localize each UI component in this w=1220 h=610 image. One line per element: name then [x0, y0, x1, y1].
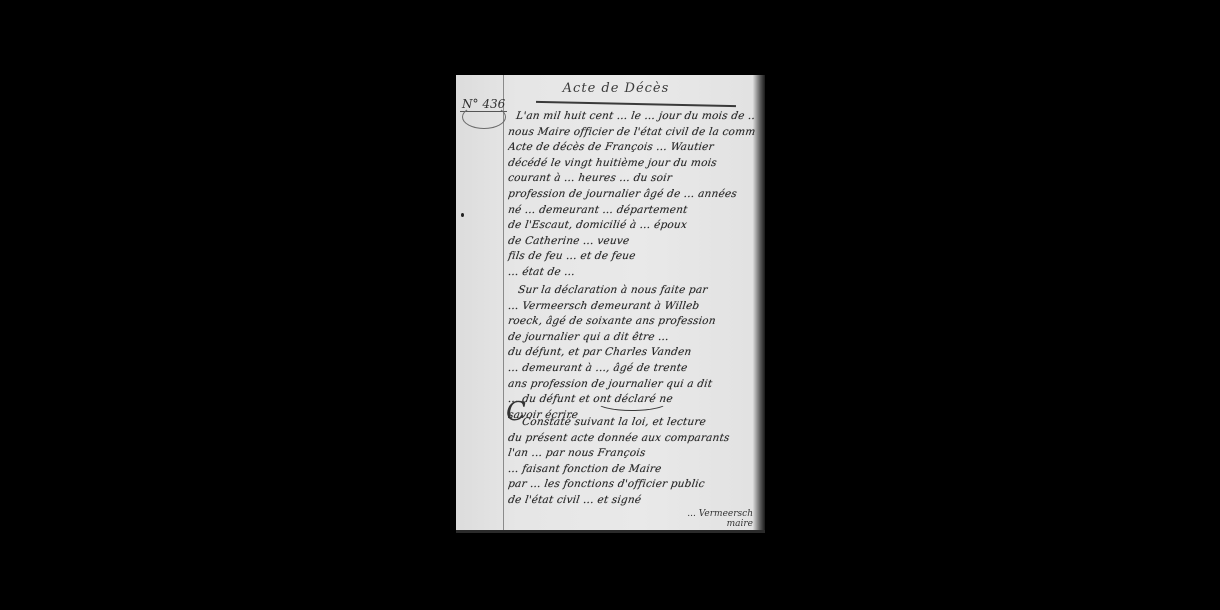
text-line: courant à ... heures ... du soir	[507, 171, 756, 187]
text-line: né ... demeurant ... département	[507, 203, 756, 219]
paragraph-death-record: L'an mil huit cent ... le ... jour du mo…	[508, 109, 755, 281]
text-line: de l'Escaut, domicilié à ... époux	[507, 218, 756, 234]
document-page: Acte de Décès N° 436 L'an mil huit cent …	[456, 75, 765, 533]
text-line: ... demeurant à ..., âgé de trente	[507, 361, 756, 377]
text-line: ... faisant fonction de Maire	[507, 462, 756, 478]
text-line: ans profession de journalier qui a dit	[507, 377, 756, 393]
page-title: Acte de Décès	[546, 81, 686, 96]
text-line: décédé le vingt huitième jour du mois	[507, 156, 756, 172]
text-line: roeck, âgé de soixante ans profession	[507, 314, 756, 330]
text-line: de Catherine ... veuve	[507, 234, 756, 250]
text-line: l'an ... par nous François	[507, 446, 756, 462]
text-line: Sur la déclaration à nous faite par	[507, 283, 756, 299]
mayor-signature: ... Vermeersch maire	[687, 509, 753, 529]
title-underline	[536, 101, 736, 107]
text-line: profession de journalier âgé de ... anné…	[507, 187, 756, 203]
text-line: ... état de ...	[507, 265, 756, 281]
image-viewer: Acte de Décès N° 436 L'an mil huit cent …	[0, 0, 1220, 610]
text-line: L'an mil huit cent ... le ... jour du mo…	[507, 109, 756, 125]
text-line: ... Vermeersch demeurant à Willeb	[507, 299, 756, 315]
text-line: Acte de décès de François ... Wautier	[507, 140, 756, 156]
flourish-stroke	[596, 393, 668, 411]
text-line: de journalier qui a dit être ...	[507, 330, 756, 346]
signature-title: maire	[687, 519, 753, 529]
entry-number-flourish	[462, 105, 506, 129]
text-line: Constaté suivant la loi, et lecture	[507, 415, 756, 431]
text-line: du défunt, et par Charles Vanden	[507, 345, 756, 361]
text-line: de l'état civil ... et signé	[507, 493, 756, 509]
text-line: fils de feu ... et de feue	[507, 249, 756, 265]
text-line: nous Maire officier de l'état civil de l…	[507, 125, 756, 141]
page-edge-shadow	[456, 530, 765, 533]
paragraph-closing: Constaté suivant la loi, et lecture du p…	[508, 415, 755, 509]
margin-rule	[503, 75, 504, 533]
margin-mark	[461, 213, 464, 217]
text-line: par ... les fonctions d'officier public	[507, 477, 756, 493]
text-line: du présent acte donnée aux comparants	[507, 431, 756, 447]
signature-name: ... Vermeersch	[687, 509, 753, 519]
